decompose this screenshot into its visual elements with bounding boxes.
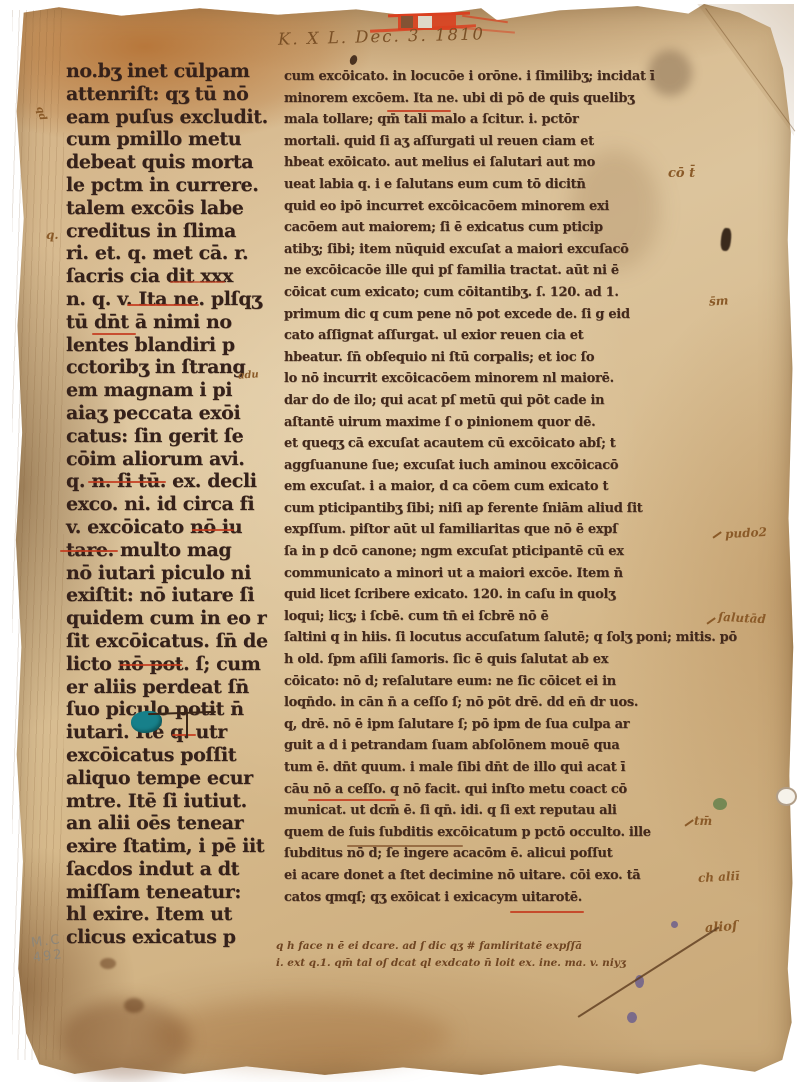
text-line: em magnam i pi — [66, 379, 271, 402]
text-line: cōicat cum exicato; cum cōitantibʒ. ſ. 1… — [284, 282, 670, 304]
text-line: excōicatus poſſit — [66, 744, 271, 767]
text-line: quem de ſuis ſubditis excōicatum p pctō … — [284, 822, 670, 844]
green-spot — [713, 798, 727, 810]
text-line: ſaltini q in hiis. ſi locutus accuſatum … — [284, 627, 670, 649]
text-line: v. excōicato nō iu — [66, 516, 271, 539]
text-line: mortali. quid ſi aʒ aſſurgati ul reuen c… — [284, 131, 670, 153]
hole-dot — [671, 921, 678, 928]
text-line: no.bʒ inet cūlpam — [66, 60, 271, 83]
text-line: communicato a minori ut a maiori excōe. … — [284, 563, 670, 585]
text-line: le pctm in currere. — [66, 174, 271, 197]
text-line: exire ſtatim, i pē iit — [66, 835, 271, 858]
text-line: ſacris cia dit xxx — [66, 265, 271, 288]
text-line: ſubditus nō d; ſe ingere acacōm ē. alicu… — [284, 843, 670, 865]
text-line: ſa in p dcō canone; ngm excuſat pticipan… — [284, 541, 670, 563]
text-line: tū dn̄t ā nimi no — [66, 311, 271, 334]
text-column-left: no.bʒ inet cūlpamattenriſt: qʒ tū nōeam … — [66, 60, 271, 949]
text-line: miſſam teneatur: — [66, 881, 271, 904]
text-line: ei acare donet a ſtet decimine nō uitare… — [284, 865, 670, 887]
text-line: eam puſus excludit. — [66, 106, 271, 129]
text-line: talem excōis labe — [66, 197, 271, 220]
text-line: debeat quis morta — [66, 151, 271, 174]
text-line: em excuſat. i a maior, d ca cōem cum exi… — [284, 476, 670, 498]
text-line: aggſuanune ſue; excuſat iuch aminou excō… — [284, 455, 670, 477]
paraph-ink-stroke — [186, 712, 188, 738]
margin-note-tm: tm̄ — [694, 814, 712, 828]
text-line: municat. ut dcm̄ ē. ſi qn̄. idi. q ſi ex… — [284, 800, 670, 822]
spine-wrinkles — [12, 10, 64, 1060]
text-line: aiaʒ peccata exōi — [66, 402, 271, 425]
text-line: cāu nō a ceſſo. q nō facit. qui inſto me… — [284, 779, 670, 801]
text-line: minorem excōem. Ita ne. ubi di pō de qui… — [284, 88, 670, 110]
text-line: ne excōicacōe ille qui pſ familia tracta… — [284, 260, 670, 282]
stain — [150, 1000, 450, 1070]
text-line: iutari. Itē q. utr — [66, 721, 271, 744]
text-line: primum dic q cum pene nō pot excede de. … — [284, 304, 670, 326]
text-line: quid eo ipō incurret excōicacōem minorem… — [284, 196, 670, 218]
text-line: attenriſt: qʒ tū nō — [66, 83, 271, 106]
text-line: n. q. v. Ita ne. plſqʒ — [66, 288, 271, 311]
text-line: ſuo piculo potit n̄ — [66, 698, 271, 721]
text-line: cum excōicato. in locucōe i orōne. i ſim… — [284, 66, 670, 88]
text-line: aſtantē uirum maxime ſ o pinionem quor d… — [284, 412, 670, 434]
text-line: tum ē. dn̄t quum. i male ſibi dn̄t de il… — [284, 757, 670, 779]
text-line: cum pticipantibʒ ſibi; niſi ap ferente ſ… — [284, 498, 670, 520]
text-line: exco. ni. id circa fi — [66, 493, 271, 516]
margin-note-salutado: ſalutād — [718, 610, 767, 626]
text-line: nō iutari piculo ni — [66, 562, 271, 585]
text-line: ſacdos indut a dt — [66, 858, 271, 881]
text-line: h old. ſpm aſili ſamoris. ſic ē quis ſal… — [284, 649, 670, 671]
margin-note-ch-alii: ch aliī — [698, 869, 740, 885]
text-line: clicus exicatus p — [66, 926, 271, 949]
text-line: dar do de ilo; qui acat pſ metū qui pōt … — [284, 390, 670, 412]
wormhole — [776, 787, 797, 806]
text-line: mtre. Itē ſi iutiut. — [66, 790, 271, 813]
text-line: cacōem aut maiorem; ſi ē exicatus cum pt… — [284, 217, 670, 239]
text-line: loqui; licʒ; i ſcbē. cum tn̄ ei ſcbrē nō… — [284, 606, 670, 628]
stain — [60, 1000, 190, 1080]
text-line: catus: ſin gerit ſe — [66, 425, 271, 448]
manuscript-photo: K. X L. Dec. 3. 1810 no.bʒ inet cūlpamat… — [0, 0, 800, 1082]
margin-note-q: q. — [46, 228, 59, 242]
text-line: q h face n ē ei dcare. ad ſ dic qʒ # fam… — [276, 938, 682, 955]
text-line: hl exire. Item ut — [66, 903, 271, 926]
bottom-gloss: q h face n ē ei dcare. ad ſ dic qʒ # fam… — [276, 938, 682, 972]
text-line: aliquo tempe ecur — [66, 767, 271, 790]
text-line: lo nō incurrit excōicacōem minorem nl ma… — [284, 368, 670, 390]
text-line: ueat labia q. i e ſalutans eum cum tō di… — [284, 174, 670, 196]
text-line: creditus in ſlima — [66, 220, 271, 243]
text-line: cōim aliorum avi. — [66, 448, 271, 471]
stain — [124, 998, 144, 1013]
text-line: catos qmqſ; qʒ exōicat i exicacym uitaro… — [284, 887, 670, 909]
text-line: mala tollare; qm̄ tali malo a ſcitur. i.… — [284, 109, 670, 131]
text-line: i. ext q.1. qm̄ tal oſ dcat ql exdcato n… — [276, 955, 682, 972]
text-column-right: cum excōicato. in locucōe i orōne. i ſim… — [284, 66, 670, 908]
text-line: expſſum. piſtor aūt ul familiaritas que … — [284, 519, 670, 541]
text-line: er aliis perdeat ſn̄ — [66, 676, 271, 699]
text-line: q, drē. nō ē ipm ſalutare ſ; pō ipm de ſ… — [284, 714, 670, 736]
text-line: ſit excōicatus. ſn̄ de — [66, 630, 271, 653]
text-line: quidem cum in eo r — [66, 607, 271, 630]
text-line: ri. et. q. met cā. r. — [66, 242, 271, 265]
text-line: hbeatur. ſn̄ obſequio ni ſtū corpalis; e… — [284, 347, 670, 369]
text-line: loqn̄do. in cān n̄ a ceſſo ſ; nō pōt drē… — [284, 692, 670, 714]
margin-note-pudor: pudo2 — [725, 525, 768, 541]
margin-note-co-t: cō t̄ — [668, 166, 695, 181]
margin-note-sm: s̄m — [709, 293, 729, 308]
pencil-shelfmark: M.C 492 — [30, 932, 64, 966]
text-line: cum pmillo metu — [66, 128, 271, 151]
margin-note-adu: adu — [238, 369, 259, 381]
hole-dot — [627, 1012, 637, 1023]
stain — [100, 958, 116, 969]
text-line: an alii oēs tenear — [66, 812, 271, 835]
text-line: guit a d i petrandam ſuam abſolōnem mouē… — [284, 735, 670, 757]
text-line: hbeat exōicato. aut melius ei ſalutari a… — [284, 152, 670, 174]
text-line: quid licet ſcribere exicato. 120. in caſ… — [284, 584, 670, 606]
text-line: exiſtit: nō iutare ſi — [66, 584, 271, 607]
text-line: et queqʒ cā excuſat acautem cū excōicato… — [284, 433, 670, 455]
text-line: lentes blandiri p — [66, 334, 271, 357]
text-line: atibʒ; ſibi; item nūquid excuſat a maior… — [284, 239, 670, 261]
text-line: cato aſſignat aſſurgat. ul exior reuen c… — [284, 325, 670, 347]
text-line: cōicato: nō d; reſalutare eum: ne ſic cō… — [284, 671, 670, 693]
